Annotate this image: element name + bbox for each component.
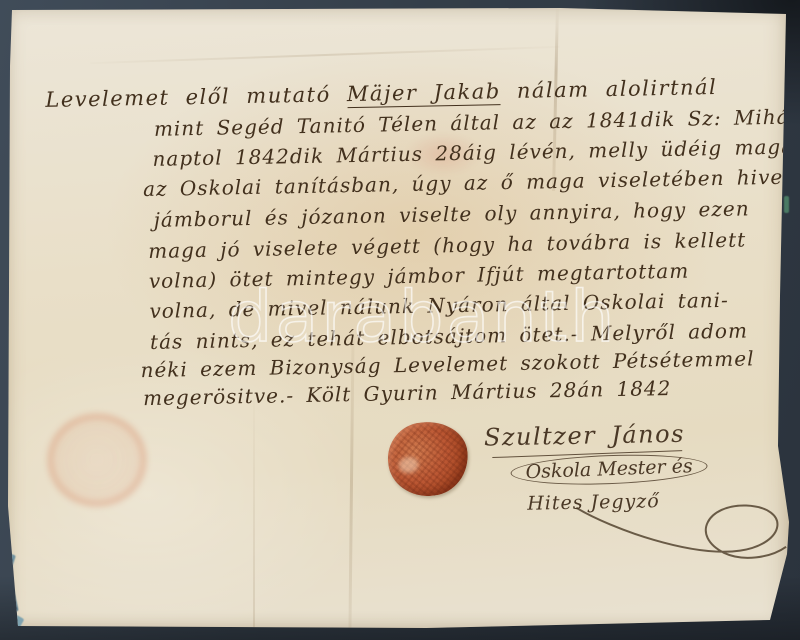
signature-flourish bbox=[571, 493, 800, 577]
signature-title-1: Oskola Mester és bbox=[510, 453, 708, 486]
letter-line-1-pre: Levelemet elől mutató bbox=[45, 82, 347, 112]
paper-edge-thread-green bbox=[784, 196, 789, 213]
letter-line-5: jámborul és józanon viselte oly annyira,… bbox=[153, 196, 749, 231]
document-paper: Levelemet elől mutató Mäjer Jakab nálam … bbox=[6, 6, 792, 632]
signature-name: Szultzer János bbox=[484, 420, 685, 452]
letter-line-8: volna, de mivel nálunk Nyáron által Osko… bbox=[149, 288, 729, 323]
handwritten-text-block: Levelemet elől mutató Mäjer Jakab nálam … bbox=[2, 0, 800, 635]
letter-line-7: volna) ötet mintegy jámbor Ifjút megtart… bbox=[149, 259, 690, 293]
signature-title-oval: Oskola Mester és bbox=[510, 452, 708, 488]
letter-line-11: megerösitve.- Költ Gyurin Mártius 28án 1… bbox=[143, 376, 672, 410]
photo-background: Levelemet elől mutató Mäjer Jakab nálam … bbox=[0, 0, 800, 640]
recipient-name-underlined: Mäjer Jakab bbox=[347, 79, 501, 108]
letter-line-1: Levelemet elől mutató Mäjer Jakab nálam … bbox=[45, 75, 717, 112]
letter-line-1-post: nálam alolirtnál bbox=[500, 75, 717, 103]
letter-line-4: az Oskolai tanításban, úgy az ő maga vis… bbox=[143, 164, 797, 201]
letter-line-6: maga jó viselete végett (hogy ha továbra… bbox=[148, 227, 746, 262]
